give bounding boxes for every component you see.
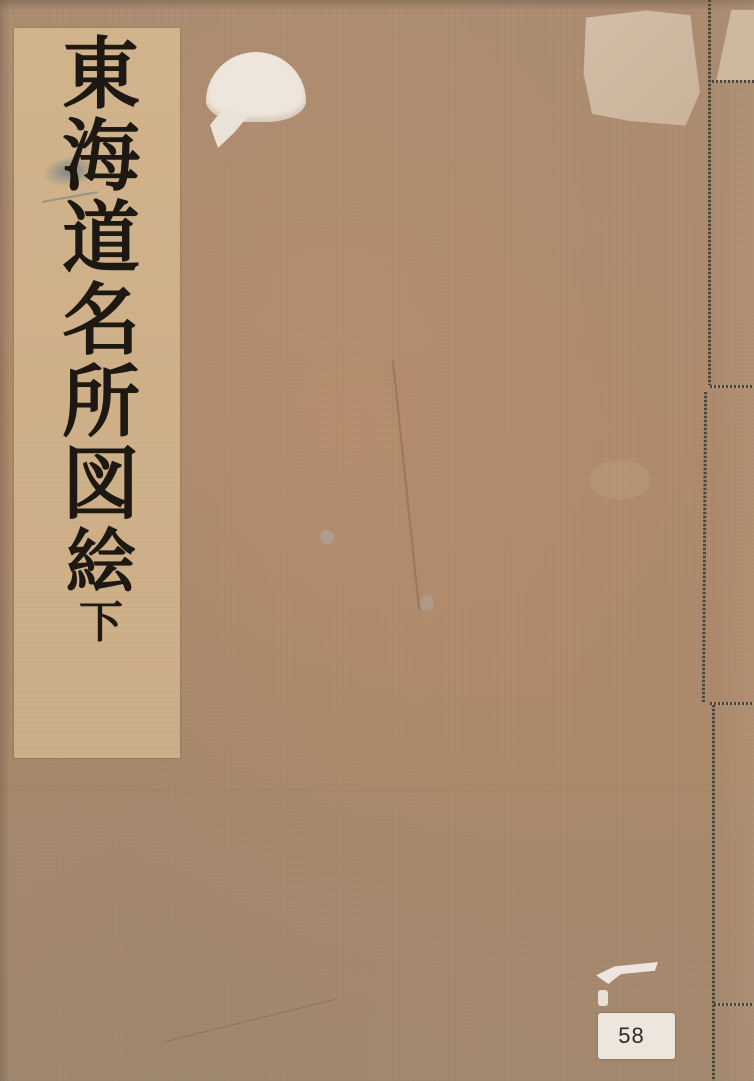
title-slip: 東 海 道 名 所 図 絵 下: [14, 28, 180, 758]
cover-top-edge: [0, 0, 754, 10]
crease-line: [392, 361, 420, 610]
title-char: 海: [41, 116, 161, 198]
binding-thread: [708, 0, 711, 385]
book-title: 東 海 道 名 所 図 絵 下: [14, 28, 180, 758]
title-char: 名: [41, 280, 161, 362]
binding-stitch: [710, 702, 754, 705]
cover-left-edge: [0, 0, 10, 1081]
catalog-number-label: 58: [598, 1013, 675, 1059]
binding-stitch: [710, 385, 754, 388]
paper-loss-damage: [210, 110, 250, 148]
catalog-number: 58: [618, 1023, 644, 1049]
stain: [590, 460, 650, 500]
title-char: 図: [41, 444, 161, 526]
paper-flake: [596, 962, 658, 984]
volume-char: 下: [41, 598, 161, 648]
crease-line: [163, 998, 338, 1043]
stain: [320, 530, 334, 544]
binding-stitch: [712, 80, 754, 83]
book-cover: 東 海 道 名 所 図 絵 下 58: [0, 0, 754, 1081]
worn-patch: [580, 8, 700, 128]
title-char: 道: [41, 198, 161, 280]
binding-thread: [702, 392, 707, 702]
stain: [420, 595, 434, 611]
binding-thread: [712, 705, 715, 1081]
paper-flake: [598, 990, 608, 1006]
fold-line: [0, 790, 720, 791]
title-char: 東: [41, 34, 161, 116]
binding-spine: [710, 0, 754, 1081]
title-char: 絵: [41, 526, 161, 598]
binding-stitch: [714, 1003, 754, 1006]
title-char: 所: [41, 362, 161, 444]
